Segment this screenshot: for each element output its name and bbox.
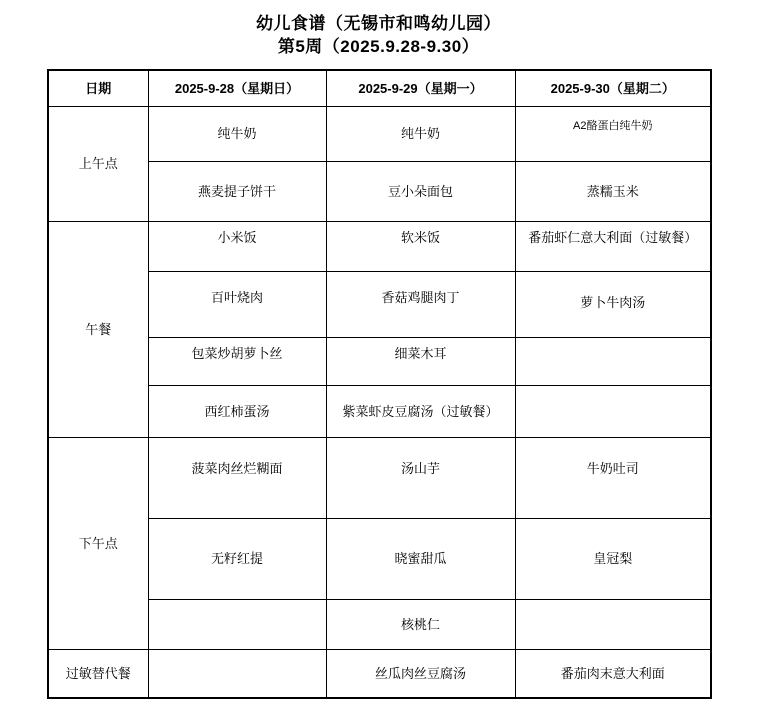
menu-cell: 西红柿蛋汤 xyxy=(148,385,326,437)
menu-cell: 紫菜虾皮豆腐汤（过敏餐） xyxy=(326,385,515,437)
table-row: 燕麦提子饼干 豆小朵面包 蒸糯玉米 xyxy=(48,161,711,221)
menu-cell-empty xyxy=(515,599,711,649)
title-line-1: 幼儿食谱（无锡市和鸣幼儿园） xyxy=(47,12,710,35)
menu-cell: A2酪蛋白纯牛奶 xyxy=(515,106,711,161)
menu-cell: 番茄虾仁意大利面（过敏餐） xyxy=(515,221,711,271)
menu-cell: 香菇鸡腿肉丁 xyxy=(326,271,515,337)
table-row: 午餐 小米饭 软米饭 番茄虾仁意大利面（过敏餐） xyxy=(48,221,711,271)
menu-cell: 纯牛奶 xyxy=(148,106,326,161)
table-row: 百叶烧肉 香菇鸡腿肉丁 萝卜牛肉汤 xyxy=(48,271,711,337)
col-header-day-sunday: 2025-9-28（星期日） xyxy=(148,70,326,106)
row-label-lunch: 午餐 xyxy=(48,221,148,437)
menu-cell-empty xyxy=(515,385,711,437)
table-row: 西红柿蛋汤 紫菜虾皮豆腐汤（过敏餐） xyxy=(48,385,711,437)
menu-cell: 纯牛奶 xyxy=(326,106,515,161)
menu-cell: 皇冠梨 xyxy=(515,518,711,599)
menu-cell: 牛奶吐司 xyxy=(515,437,711,518)
menu-cell: 无籽红提 xyxy=(148,518,326,599)
row-label-allergy-alternative: 过敏替代餐 xyxy=(48,649,148,698)
menu-cell: 软米饭 xyxy=(326,221,515,271)
menu-cell: 燕麦提子饼干 xyxy=(148,161,326,221)
menu-cell: 丝瓜肉丝豆腐汤 xyxy=(326,649,515,698)
menu-cell: 细菜木耳 xyxy=(326,337,515,385)
menu-cell-empty xyxy=(148,649,326,698)
header-row: 日期 2025-9-28（星期日） 2025-9-29（星期一） 2025-9-… xyxy=(48,70,711,106)
menu-cell: 包菜炒胡萝卜丝 xyxy=(148,337,326,385)
menu-cell-empty xyxy=(148,599,326,649)
menu-cell: 汤山芋 xyxy=(326,437,515,518)
table-row: 过敏替代餐 丝瓜肉丝豆腐汤 番茄肉末意大利面 xyxy=(48,649,711,698)
menu-cell: 菠菜肉丝烂糊面 xyxy=(148,437,326,518)
menu-cell: 百叶烧肉 xyxy=(148,271,326,337)
menu-cell: 核桃仁 xyxy=(326,599,515,649)
row-label-pm-snack: 下午点 xyxy=(48,437,148,649)
menu-cell: 豆小朵面包 xyxy=(326,161,515,221)
menu-page: 幼儿食谱（无锡市和鸣幼儿园） 第5周（2025.9.28-9.30） 日期 20… xyxy=(0,0,778,720)
menu-table: 日期 2025-9-28（星期日） 2025-9-29（星期一） 2025-9-… xyxy=(47,69,712,699)
menu-cell-empty xyxy=(515,337,711,385)
title-line-2: 第5周（2025.9.28-9.30） xyxy=(47,35,710,58)
table-row: 下午点 菠菜肉丝烂糊面 汤山芋 牛奶吐司 xyxy=(48,437,711,518)
col-header-day-tuesday: 2025-9-30（星期二） xyxy=(515,70,711,106)
table-row: 包菜炒胡萝卜丝 细菜木耳 xyxy=(48,337,711,385)
menu-cell: 蒸糯玉米 xyxy=(515,161,711,221)
table-row: 上午点 纯牛奶 纯牛奶 A2酪蛋白纯牛奶 xyxy=(48,106,711,161)
menu-cell: 晓蜜甜瓜 xyxy=(326,518,515,599)
page-title: 幼儿食谱（无锡市和鸣幼儿园） 第5周（2025.9.28-9.30） xyxy=(47,12,710,58)
menu-cell: 小米饭 xyxy=(148,221,326,271)
col-header-date: 日期 xyxy=(48,70,148,106)
row-label-am-snack: 上午点 xyxy=(48,106,148,221)
col-header-day-monday: 2025-9-29（星期一） xyxy=(326,70,515,106)
menu-cell: 萝卜牛肉汤 xyxy=(515,271,711,337)
table-row: 核桃仁 xyxy=(48,599,711,649)
menu-cell: 番茄肉末意大利面 xyxy=(515,649,711,698)
table-row: 无籽红提 晓蜜甜瓜 皇冠梨 xyxy=(48,518,711,599)
